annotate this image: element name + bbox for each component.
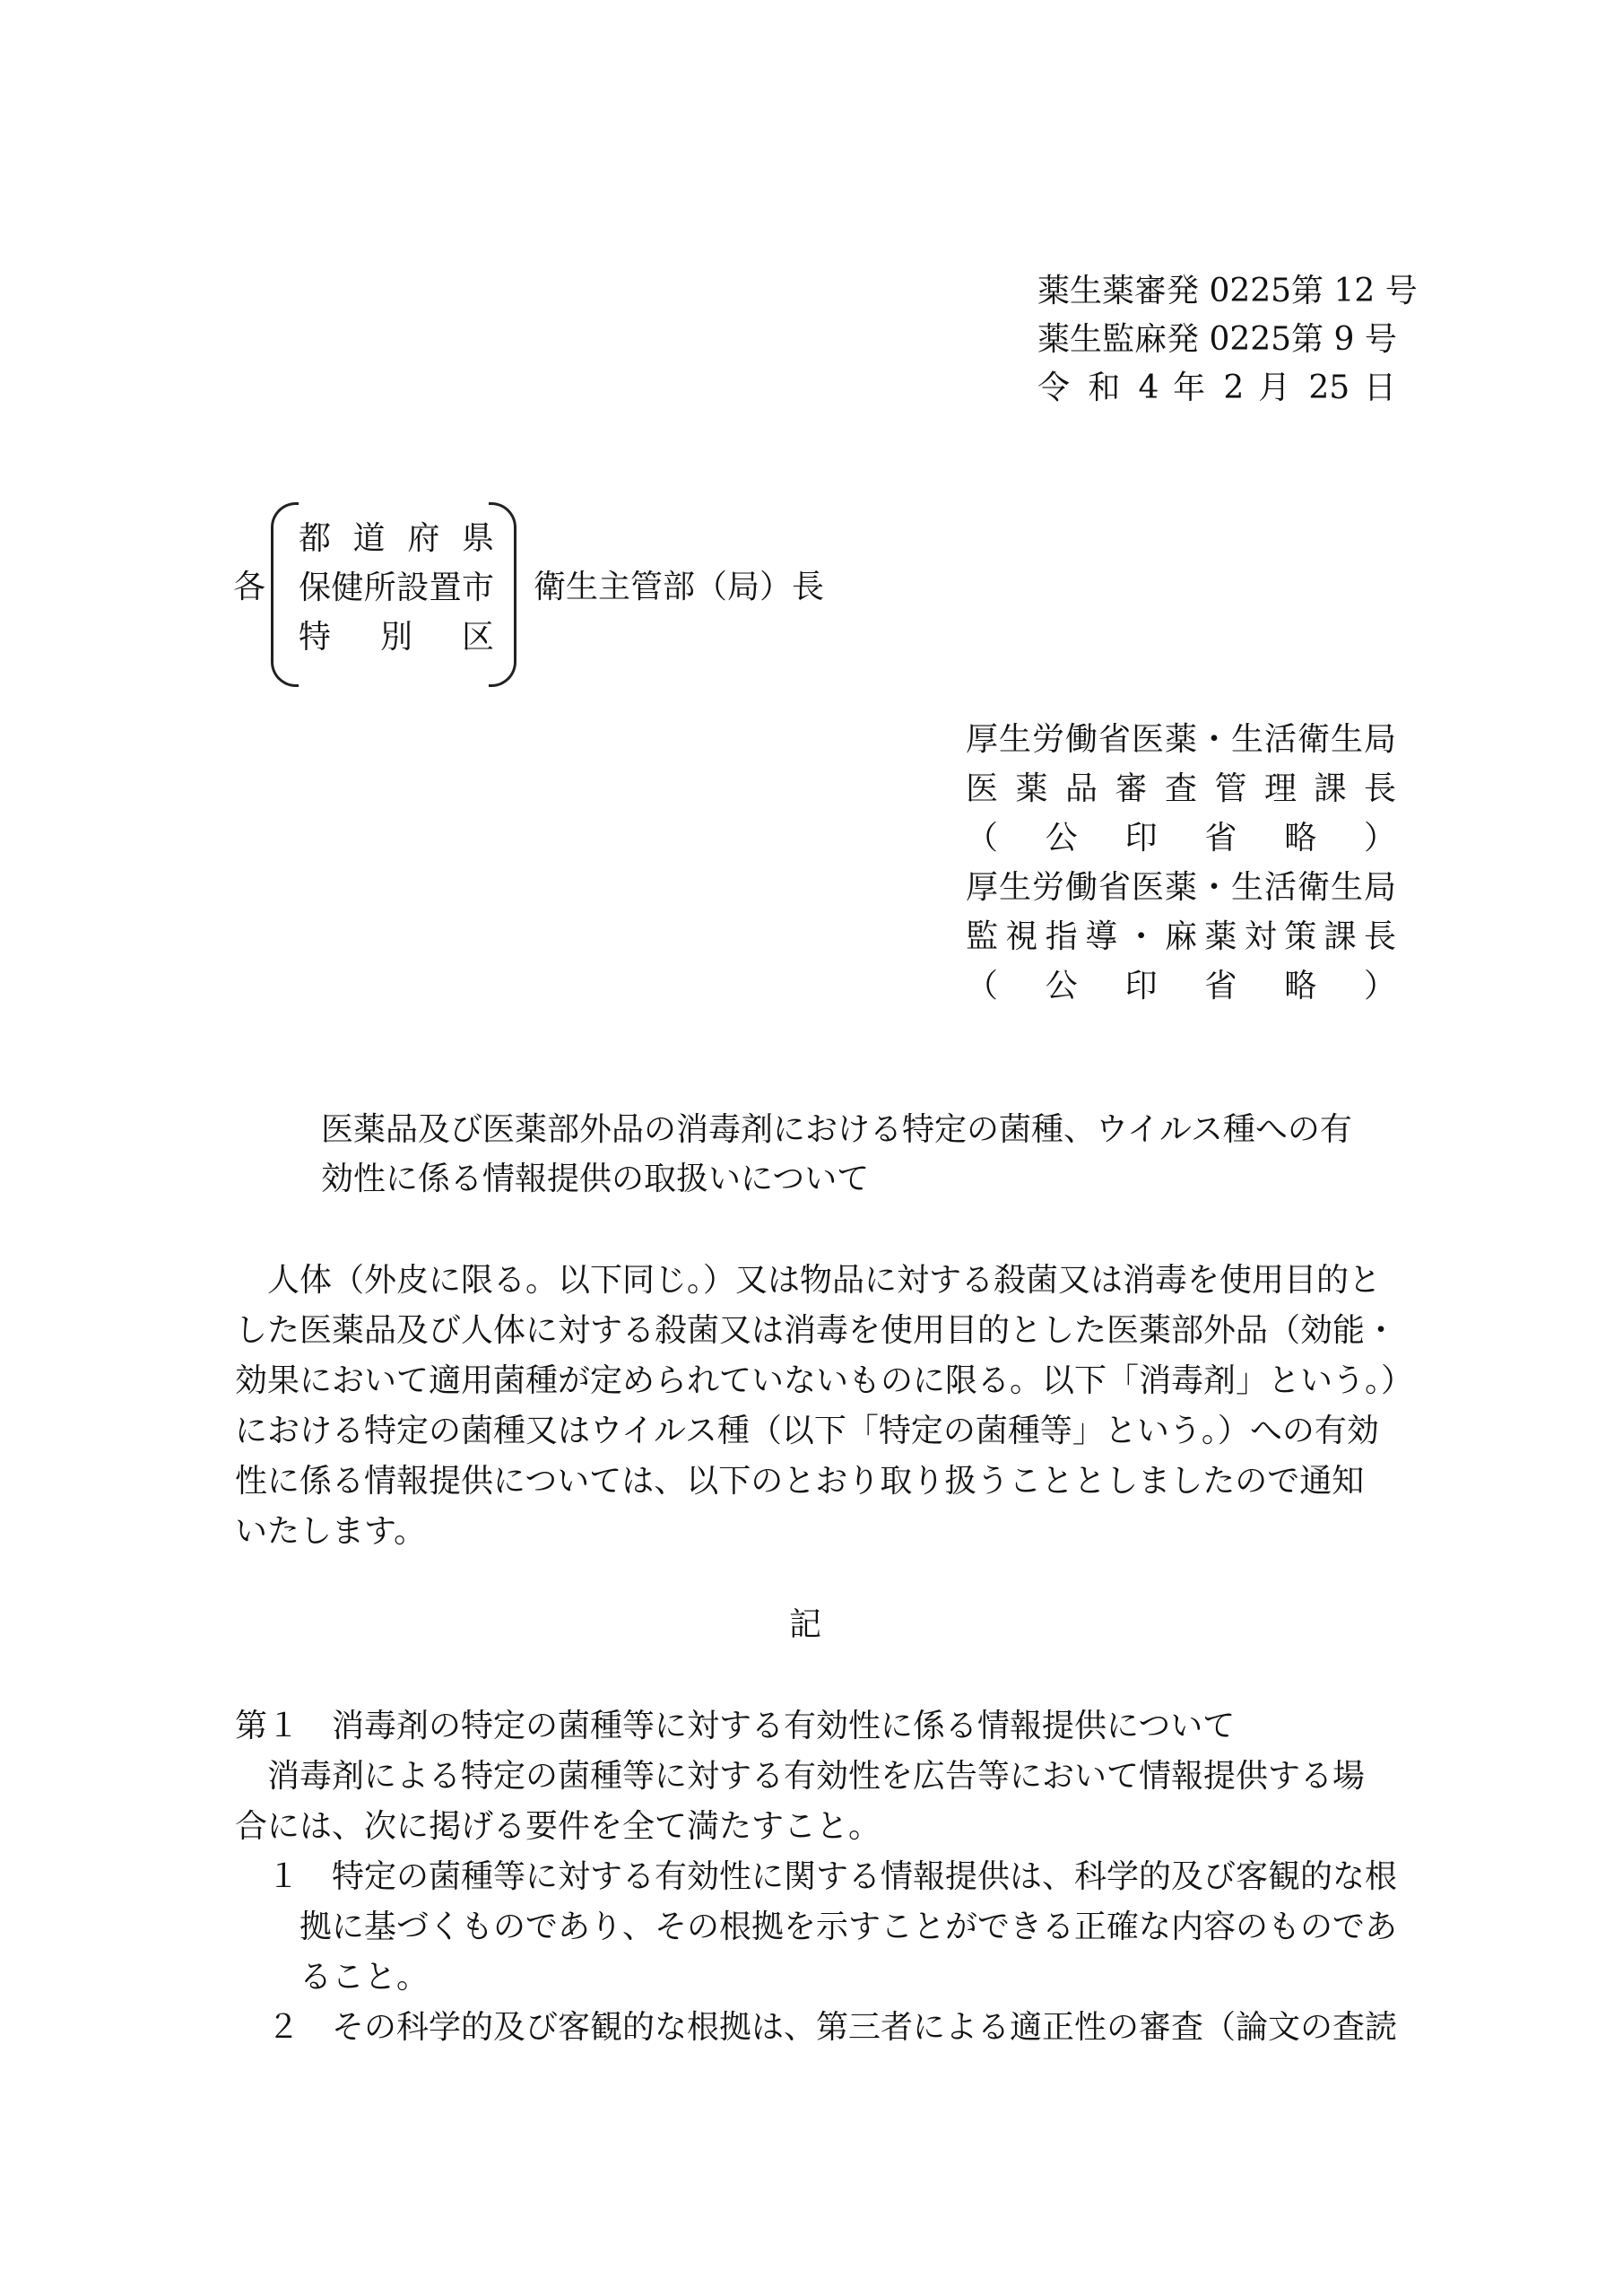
intro-paragraph: 人体（外皮に限る。以下同じ。）又は物品に対する殺菌又は消毒を使用目的と した医薬… (235, 1256, 1399, 1557)
paragraph-line: における特定の菌種又はウイルス種（以下「特定の菌種等」という。）への有効 (235, 1406, 1399, 1457)
addressee-item: 特別区 (299, 613, 494, 662)
ki-heading: 記 (789, 1601, 821, 1649)
document-date: 令 和 4 年 2 月 25 日 (1037, 364, 1396, 413)
list-item-1-line: 拠に基づくものであり、その根拠を示すことができる正確な内容のものであ (235, 1902, 1399, 1952)
paragraph-line: 効果において適用菌種が定められていないものに限る。以下「消毒剤」という。） (235, 1356, 1399, 1406)
addressee-item: 保健所設置市 (299, 563, 494, 613)
list-item-1-line: ること。 (235, 1952, 1399, 2003)
addressee-item: 都道府県 (299, 514, 494, 563)
title-line: 医薬品及び医薬部外品の消毒剤における特定の菌種、ウイルス種への有 (321, 1105, 1397, 1154)
document-number-1: 薬生薬審発 0225第 12 号 (1037, 267, 1396, 316)
paragraph-line: いたします。 (235, 1507, 1399, 1557)
document-page: 薬生薬審発 0225第 12 号 薬生監麻発 0225第 9 号 令 和 4 年… (0, 0, 1623, 2296)
right-bracket (489, 502, 516, 687)
document-number-block: 薬生薬審発 0225第 12 号 薬生監麻発 0225第 9 号 令 和 4 年… (1037, 267, 1396, 413)
document-title: 医薬品及び医薬部外品の消毒剤における特定の菌種、ウイルス種への有 効性に係る情報… (321, 1105, 1397, 1204)
section-lead-line: 合には、次に掲げる要件を全て満たすこと。 (235, 1802, 1399, 1852)
title-line: 効性に係る情報提供の取扱いについて (321, 1154, 1397, 1204)
sender-line: 厚生労働省医薬・生活衛生局 (966, 715, 1396, 764)
sender-line: （公印省略） (966, 813, 1396, 863)
addressee-prefix: 各 (233, 563, 265, 612)
sender-line: （公印省略） (966, 961, 1396, 1011)
addressee-list: 都道府県 保健所設置市 特別区 (299, 514, 494, 662)
paragraph-line: した医薬品及び人体に対する殺菌又は消毒を使用目的とした医薬部外品（効能・ (235, 1306, 1399, 1356)
left-bracket (271, 502, 299, 687)
list-item-2-line: ２ その科学的及び客観的な根拠は、第三者による適正性の審査（論文の査読 (235, 2003, 1399, 2053)
list-item-1-line: １ 特定の菌種等に対する有効性に関する情報提供は、科学的及び客観的な根 (235, 1852, 1399, 1902)
document-number-2: 薬生監麻発 0225第 9 号 (1037, 316, 1396, 364)
paragraph-line: 人体（外皮に限る。以下同じ。）又は物品に対する殺菌又は消毒を使用目的と (235, 1256, 1399, 1306)
paragraph-line: 性に係る情報提供については、以下のとおり取り扱うこととしましたので通知 (235, 1457, 1399, 1507)
sender-line: 監視指導・麻薬対策課長 (966, 912, 1396, 961)
section-1: 第１ 消毒剤の特定の菌種等に対する有効性に係る情報提供について 消毒剤による特定… (235, 1701, 1399, 2053)
sender-line: 厚生労働省医薬・生活衛生局 (966, 863, 1396, 912)
section-lead-line: 消毒剤による特定の菌種等に対する有効性を広告等において情報提供する場 (235, 1752, 1399, 1802)
sender-block: 厚生労働省医薬・生活衛生局 医薬品審査管理課長 （公印省略） 厚生労働省医薬・生… (966, 715, 1396, 1011)
section-heading: 第１ 消毒剤の特定の菌種等に対する有効性に係る情報提供について (235, 1701, 1399, 1752)
addressee-suffix: 衛生主管部（局）長 (534, 563, 824, 612)
sender-line: 医薬品審査管理課長 (966, 764, 1396, 813)
